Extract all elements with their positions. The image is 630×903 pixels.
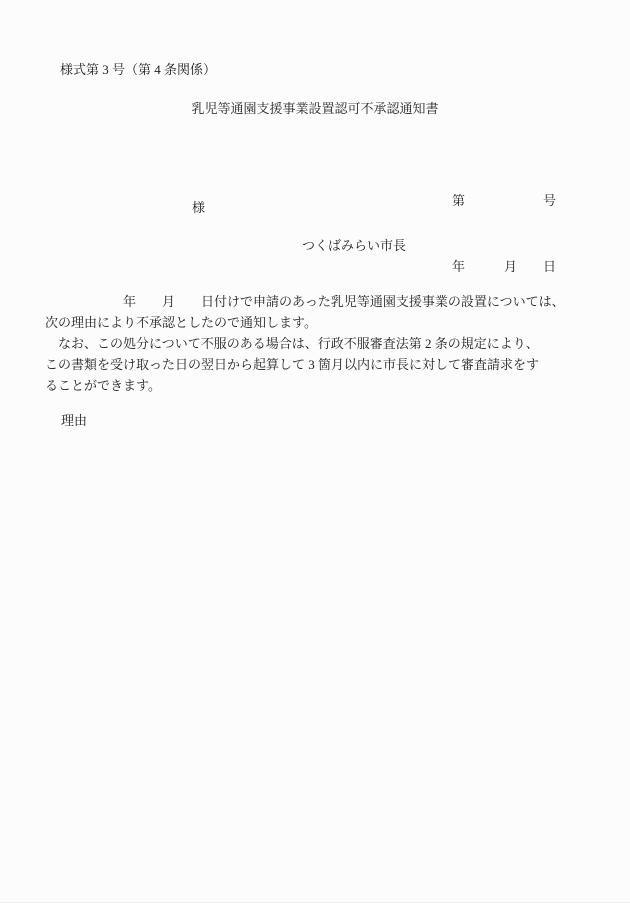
date-line: 年 月 日 (452, 256, 556, 278)
document-page: 様式第 3 号（第 4 条関係） 乳児等通園支援事業設置認可不承認通知書 第 号… (0, 0, 630, 903)
body-line: 次の理由により不承認としたので通知します。 (45, 312, 590, 333)
document-number-line: 第 号 (452, 190, 556, 212)
body-line: 年 月 日付けで申請のあった乳児等通園支援事業の設置については、 (45, 291, 590, 312)
body-line: ることができます。 (45, 375, 590, 396)
sender-name: つくばみらい市長 (302, 239, 406, 253)
body-line: なお、この処分について不服のある場合は、行政不服審査法第 2 条の規定により、 (45, 333, 590, 354)
reason-label: 理由 (61, 414, 87, 428)
body-line: この書類を受け取った日の翌日から起算して 3 箇月以内に市長に対して審査請求をす (45, 354, 590, 375)
recipient-suffix: 様 (192, 201, 205, 215)
document-title: 乳児等通園支援事業設置認可不承認通知書 (0, 102, 630, 116)
form-number: 様式第 3 号（第 4 条関係） (60, 63, 216, 77)
body-text: 年 月 日付けで申請のあった乳児等通園支援事業の設置については、 次の理由により… (45, 291, 590, 396)
